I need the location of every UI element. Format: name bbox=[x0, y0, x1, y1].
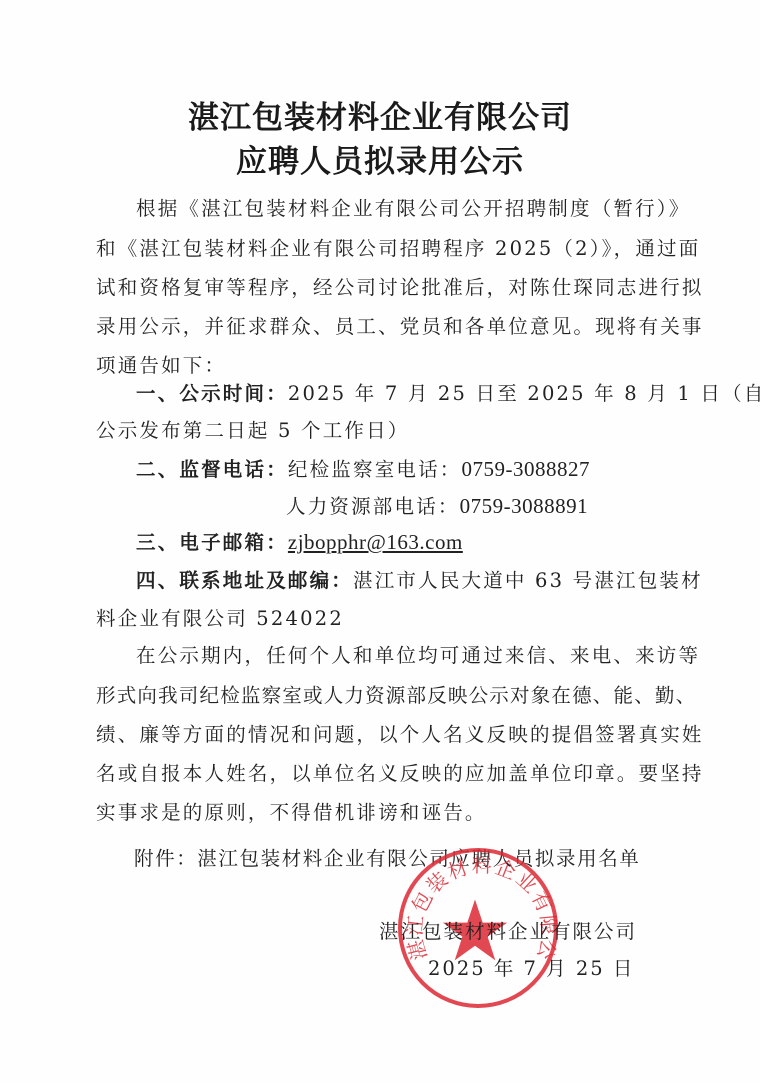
signature-company: 湛江包装材料企业有限公司 bbox=[379, 916, 637, 944]
section-email: 三、电子邮箱：zjbopphr@163.com bbox=[136, 527, 463, 555]
notice-line-4: 名或自报本人姓名，以单位名义反映的应加盖单位印章。要坚持 bbox=[96, 758, 704, 786]
section-address-cont: 料企业有限公司 524022 bbox=[96, 603, 344, 631]
intro-line-1: 根据《湛江包装材料企业有限公司公开招聘制度（暂行）》 bbox=[136, 193, 690, 221]
notice-line-3: 绩、廉等方面的情况和问题，以个人名义反映的提倡签署真实姓 bbox=[96, 719, 704, 747]
section-supervision-phone-label: 二、监督电话： bbox=[136, 458, 288, 481]
section-supervision-phone-2: 人力资源部电话：0759-3088891 bbox=[286, 491, 588, 519]
section-address-label: 四、联系地址及邮编： bbox=[136, 569, 353, 592]
section-address: 四、联系地址及邮编：湛江市人民大道中 63 号湛江包装材 bbox=[136, 565, 703, 593]
phone1-label: 纪检监察室电话： bbox=[288, 458, 462, 481]
section-supervision-phone: 二、监督电话：纪检监察室电话：0759-3088827 bbox=[136, 454, 590, 482]
intro-line-3: 试和资格复审等程序，经公司讨论批准后，对陈仕琛同志进行拟 bbox=[96, 272, 704, 300]
attachment-note: 附件：湛江包装材料企业有限公司应聘人员拟录用名单 bbox=[134, 843, 640, 871]
intro-line-4: 录用公示，并征求群众、员工、党员和各单位意见。现将有关事 bbox=[96, 311, 704, 339]
phone2-label: 人力资源部电话： bbox=[286, 495, 460, 518]
document-page: 湛江包装材料企业有限公司 应聘人员拟录用公示 根据《湛江包装材料企业有限公司公开… bbox=[0, 0, 760, 1083]
notice-line-2: 形式向我司纪检监察室或人力资源部反映公示对象在德、能、勤、 bbox=[96, 680, 696, 708]
section-email-label: 三、电子邮箱： bbox=[136, 531, 288, 554]
phone2-value: 0759-3088891 bbox=[460, 494, 589, 518]
intro-line-5: 项通告如下： bbox=[96, 350, 226, 378]
phone1-value: 0759-3088827 bbox=[462, 457, 591, 481]
signature-date: 2025 年 7 月 25 日 bbox=[428, 953, 634, 981]
section-publicity-period-label: 一、公示时间： bbox=[136, 382, 288, 405]
document-title-company: 湛江包装材料企业有限公司 bbox=[0, 92, 760, 137]
notice-line-5: 实事求是的原则，不得借机诽谤和诬告。 bbox=[96, 797, 487, 825]
section-publicity-period-cont: 公示发布第二日起 5 个工作日） bbox=[96, 415, 410, 443]
section-address-text: 湛江市人民大道中 63 号湛江包装材 bbox=[353, 569, 703, 592]
section-publicity-period: 一、公示时间：2025 年 7 月 25 日至 2025 年 8 月 1 日（自 bbox=[136, 378, 760, 406]
section-publicity-period-text: 2025 年 7 月 25 日至 2025 年 8 月 1 日（自 bbox=[288, 382, 760, 405]
intro-line-2: 和《湛江包装材料企业有限公司招聘程序 2025（2）》，通过面 bbox=[96, 233, 700, 261]
email-link[interactable]: zjbopphr@163.com bbox=[288, 530, 463, 554]
document-title-subject: 应聘人员拟录用公示 bbox=[0, 136, 760, 181]
notice-line-1: 在公示期内，任何个人和单位均可通过来信、来电、来访等 bbox=[136, 640, 700, 668]
